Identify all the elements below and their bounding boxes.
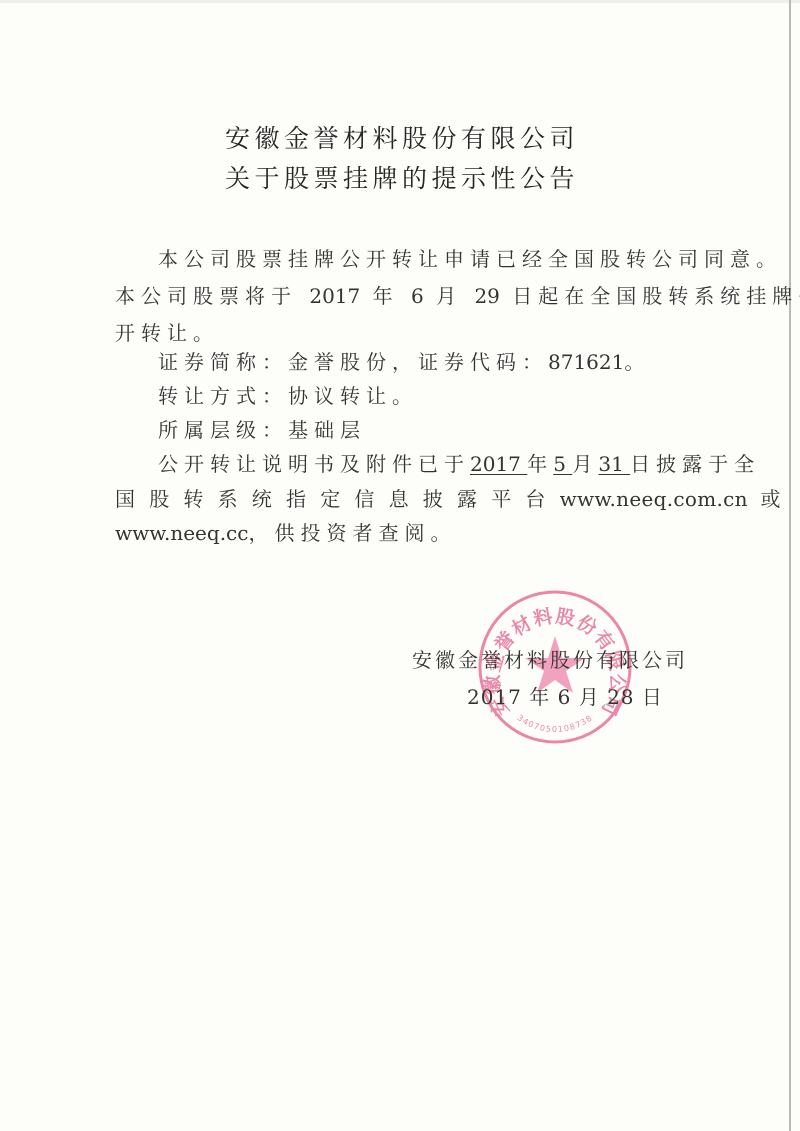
date-year: 2017: [467, 685, 522, 709]
text: ，供投资者查阅。: [248, 521, 456, 545]
svg-text:3407050108738: 3407050108738: [516, 713, 595, 734]
text: 日起在全国股转系统挂牌公: [500, 284, 800, 308]
security-code: 871621: [548, 350, 624, 374]
text: 年: [527, 452, 553, 476]
text: 日披露于全: [630, 452, 760, 476]
security-short-name: 金誉股份: [288, 350, 392, 374]
security-info-line: 证券简称：金誉股份，证券代码：871621。: [158, 345, 650, 379]
date-day: 28: [607, 685, 634, 709]
text: 月: [424, 284, 475, 308]
disclosure-year: 2017: [470, 452, 527, 476]
text: 国股转系统指定信息披露平台: [115, 487, 560, 511]
url-neeq-com-cn[interactable]: www.neeq.com.cn: [560, 487, 748, 511]
url-neeq-cc[interactable]: www.neeq.cc: [115, 521, 248, 545]
paragraph-1-line-1: 本公司股票挂牌公开转让申请已经全国股转公司同意。: [158, 242, 782, 276]
page-top-edge: [0, 0, 800, 3]
text: 公开转让说明书及附件已于: [158, 452, 470, 476]
text: 日: [635, 685, 663, 709]
tier-line: 所属层级：基础层: [158, 413, 366, 447]
disclosure-day: 31: [598, 452, 630, 476]
document-title-subject: 关于股票挂牌的提示性公告: [2, 160, 800, 198]
listing-month: 6: [411, 284, 424, 308]
disclosure-line-1: 公开转让说明书及附件已于2017 年5 月31 日披露于全: [158, 447, 760, 481]
listing-year: 2017: [309, 284, 360, 308]
transfer-method-line: 转让方式：协议转让。: [158, 379, 418, 413]
tier-value: 基础层: [288, 418, 366, 442]
text: 年: [522, 685, 558, 709]
text: 或: [761, 487, 795, 511]
disclosure-line-3: www.neeq.cc，供投资者查阅。: [115, 516, 456, 550]
tier-label: 所属层级：: [158, 418, 288, 442]
security-name-label: 证券简称：: [158, 350, 288, 374]
text: 年: [360, 284, 411, 308]
text: 本公司股票将于: [115, 284, 309, 308]
security-code-label: 证券代码：: [418, 350, 548, 374]
stamp-serial-number: 3407050108738: [516, 713, 595, 734]
text: 月: [572, 452, 598, 476]
signature-date: 2017 年 6 月 28 日: [467, 680, 663, 714]
transfer-method-value: 协议转让。: [288, 384, 418, 408]
disclosure-month: 5: [553, 452, 572, 476]
date-month: 6: [558, 685, 572, 709]
paragraph-1-line-2: 本公司股票将于 2017 年 6 月 29 日起在全国股转系统挂牌公: [115, 279, 800, 313]
document-title-company: 安徽金誉材料股份有限公司: [2, 120, 800, 158]
disclosure-line-2: 国股转系统指定信息披露平台www.neeq.com.cn 或: [115, 482, 795, 516]
signature-company: 安徽金誉材料股份有限公司: [412, 643, 688, 677]
listing-day: 29: [474, 284, 499, 308]
transfer-method-label: 转让方式：: [158, 384, 288, 408]
separator: ，: [392, 350, 418, 374]
end-mark: 。: [624, 350, 650, 374]
text: 月: [571, 685, 607, 709]
